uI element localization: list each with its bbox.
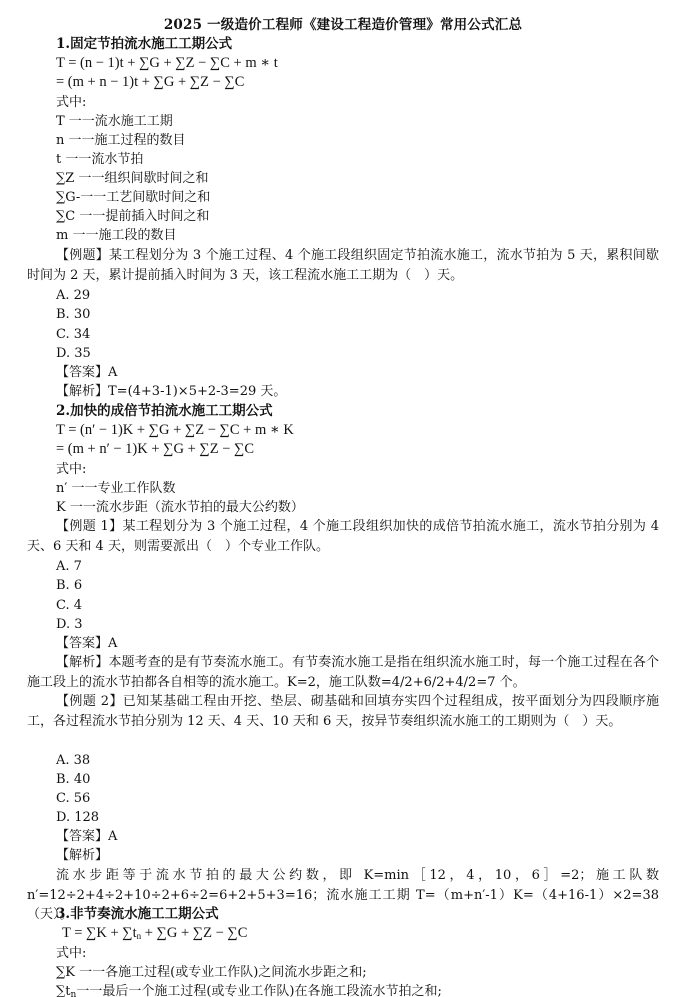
- option-item: A. 29: [56, 286, 90, 305]
- definition-item: n′ 一一专业工作队数: [56, 479, 175, 498]
- example-1-question: 【例题 1】某工程划分为 3 个施工过程，4 个施工段组织加快的成倍节拍流水施工…: [27, 517, 659, 556]
- definition-item: ∑tn一一最后一个施工过程(或专业工作队)在各施工段流水节拍之和;: [56, 982, 442, 997]
- formula-part: T = ∑K + ∑t: [62, 925, 137, 941]
- option-item: B. 40: [56, 770, 90, 789]
- formula-part: + ∑G + ∑Z − ∑C: [141, 925, 247, 941]
- definition-item: K 一一流水步距（流水节拍的最大公约数）: [56, 498, 304, 517]
- section-2-where-label: 式中:: [56, 460, 86, 479]
- definition-item: ∑G-一一工艺间歇时间之和: [56, 188, 210, 207]
- document-title: 2025 一级造价工程师《建设工程造价管理》常用公式汇总: [0, 13, 686, 33]
- option-item: C. 56: [56, 789, 90, 808]
- option-item: D. 3: [56, 615, 83, 634]
- section-3-formula: T = ∑K + ∑tn + ∑G + ∑Z − ∑C: [62, 924, 247, 946]
- answer-label: 【答案】A: [56, 827, 117, 846]
- section-1-heading: 1.固定节拍流水施工工期公式: [56, 35, 232, 54]
- option-item: B. 30: [56, 305, 90, 324]
- option-item: A. 38: [56, 751, 90, 770]
- section-3-heading: 3.非节奏流水施工工期公式: [56, 905, 219, 924]
- analysis-text: 【解析】本题考查的是有节奏流水施工。有节奏流水施工是指在组织流水施工时，每一个施…: [27, 653, 659, 692]
- example-question: 【例题】某工程划分为 3 个施工过程、4 个施工段组织固定节拍流水施工，流水节拍…: [27, 246, 659, 285]
- option-item: C. 4: [56, 596, 82, 615]
- section-3-where-label: 式中:: [56, 944, 86, 963]
- section-2-formula-line1: T = (n′ − 1)K + ∑G + ∑Z − ∑C + m ∗ K: [56, 421, 294, 440]
- section-2-heading: 2.加快的成倍节拍流水施工工期公式: [56, 402, 273, 421]
- definition-item: ∑C 一一提前插入时间之和: [56, 207, 209, 226]
- definition-item: m 一一施工段的数目: [56, 226, 176, 245]
- definition-item: t 一一流水节拍: [56, 150, 143, 169]
- option-item: C. 34: [56, 325, 90, 344]
- document-page: 2025 一级造价工程师《建设工程造价管理》常用公式汇总 1.固定节拍流水施工工…: [0, 0, 686, 997]
- section-1-formula-line2: = (m + n − 1)t + ∑G + ∑Z − ∑C: [56, 73, 244, 92]
- answer-label: 【答案】A: [56, 634, 117, 653]
- definition-text: 一一最后一个施工过程(或专业工作队)在各施工段流水节拍之和;: [76, 984, 442, 997]
- section-2-formula-line2: = (m + n′ − 1)K + ∑G + ∑Z − ∑C: [56, 440, 254, 459]
- analysis-text: 【解析】T=(4+3-1)×5+2-3=29 天。: [56, 382, 286, 401]
- definition-item: ∑K 一一各施工过程(或专业工作队)之间流水步距之和;: [56, 963, 367, 982]
- option-item: B. 6: [56, 576, 82, 595]
- option-item: D. 128: [56, 808, 99, 827]
- section-1-where-label: 式中:: [56, 93, 86, 112]
- analysis-label: 【解析】: [56, 846, 108, 865]
- option-item: A. 7: [56, 557, 82, 576]
- section-1-formula-line1: T = (n − 1)t + ∑G + ∑Z − ∑C + m ∗ t: [56, 54, 278, 73]
- answer-label: 【答案】A: [56, 363, 117, 382]
- option-item: D. 35: [56, 344, 91, 363]
- definition-symbol: ∑t: [56, 984, 71, 997]
- definition-item: ∑Z 一一组织间歇时间之和: [56, 169, 208, 188]
- definition-item: T 一一流水施工工期: [56, 112, 173, 131]
- definition-item: n 一一施工过程的数目: [56, 131, 186, 150]
- example-2-question: 【例题 2】已知某基础工程由开挖、垫层、砌基础和回填夯实四个过程组成，按平面划分…: [27, 692, 659, 731]
